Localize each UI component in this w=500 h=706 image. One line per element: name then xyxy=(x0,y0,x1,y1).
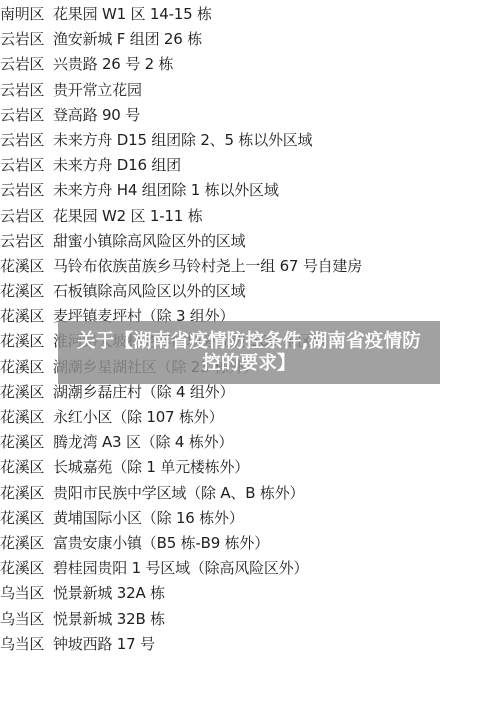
address-label: 黄埔国际小区（除 16 栋外） xyxy=(53,506,244,531)
district-label: 云岩区 xyxy=(0,103,53,128)
district-label: 云岩区 xyxy=(0,27,53,52)
district-label: 云岩区 xyxy=(0,52,53,77)
address-label: 长城嘉苑（除 1 单元楼栋外） xyxy=(53,455,249,480)
district-label: 花溪区 xyxy=(0,556,53,581)
list-item: 花溪区永红小区（除 107 栋外） xyxy=(0,405,500,430)
list-item: 花溪区碧桂园贵阳 1 号区域（除高风险区外） xyxy=(0,556,500,581)
list-item: 花溪区马铃布依族苗族乡马铃村尧上一组 67 号自建房 xyxy=(0,254,500,279)
district-label: 花溪区 xyxy=(0,531,53,556)
district-label: 花溪区 xyxy=(0,279,53,304)
list-item: 花溪区长城嘉苑（除 1 单元楼栋外） xyxy=(0,455,500,480)
address-label: 甜蜜小镇除高风险区外的区域 xyxy=(53,229,245,254)
address-label: 未来方舟 D15 组团除 2、5 栋以外区域 xyxy=(53,128,312,153)
list-item: 云岩区甜蜜小镇除高风险区外的区域 xyxy=(0,229,500,254)
list-item: 云岩区贵开常立花园 xyxy=(0,78,500,103)
list-item: 花溪区富贵安康小镇（B5 栋-B9 栋外） xyxy=(0,531,500,556)
district-label: 花溪区 xyxy=(0,455,53,480)
list-item: 云岩区未来方舟 H4 组团除 1 栋以外区域 xyxy=(0,178,500,203)
address-label: 石板镇除高风险区以外的区域 xyxy=(53,279,245,304)
list-item: 乌当区钟坡西路 17 号 xyxy=(0,632,500,657)
address-label: 腾龙湾 A3 区（除 4 栋外） xyxy=(53,430,233,455)
list-item: 云岩区花果园 W2 区 1-11 栋 xyxy=(0,204,500,229)
list-item: 云岩区兴贵路 26 号 2 栋 xyxy=(0,52,500,77)
district-label: 云岩区 xyxy=(0,153,53,178)
district-label: 花溪区 xyxy=(0,355,53,380)
list-item: 乌当区悦景新城 32A 栋 xyxy=(0,581,500,606)
address-label: 未来方舟 D16 组团 xyxy=(53,153,181,178)
address-label: 贵阳市民族中学区域（除 A、B 栋外） xyxy=(53,481,304,506)
district-label: 花溪区 xyxy=(0,405,53,430)
district-label: 花溪区 xyxy=(0,304,53,329)
list-item: 花溪区贵阳市民族中学区域（除 A、B 栋外） xyxy=(0,481,500,506)
article-title-banner[interactable]: 关于【湖南省疫情防控条件,湖南省疫情防控的要求】 xyxy=(58,321,440,384)
address-label: 渔安新城 F 组团 26 栋 xyxy=(53,27,202,52)
address-label: 悦景新城 32A 栋 xyxy=(53,581,165,606)
district-label: 花溪区 xyxy=(0,506,53,531)
district-label: 花溪区 xyxy=(0,430,53,455)
district-label: 乌当区 xyxy=(0,581,53,606)
district-label: 乌当区 xyxy=(0,607,53,632)
district-label: 乌当区 xyxy=(0,632,53,657)
address-label: 未来方舟 H4 组团除 1 栋以外区域 xyxy=(53,178,279,203)
list-item: 云岩区未来方舟 D15 组团除 2、5 栋以外区域 xyxy=(0,128,500,153)
list-item: 花溪区腾龙湾 A3 区（除 4 栋外） xyxy=(0,430,500,455)
list-item: 花溪区石板镇除高风险区以外的区域 xyxy=(0,279,500,304)
address-label: 花果园 W2 区 1-11 栋 xyxy=(53,204,203,229)
district-label: 南明区 xyxy=(0,2,53,27)
list-item: 云岩区未来方舟 D16 组团 xyxy=(0,153,500,178)
list-item: 花溪区黄埔国际小区（除 16 栋外） xyxy=(0,506,500,531)
address-label: 兴贵路 26 号 2 栋 xyxy=(53,52,173,77)
list-item: 云岩区渔安新城 F 组团 26 栋 xyxy=(0,27,500,52)
district-label: 花溪区 xyxy=(0,329,53,354)
address-label: 马铃布依族苗族乡马铃村尧上一组 67 号自建房 xyxy=(53,254,362,279)
address-label: 贵开常立花园 xyxy=(53,78,142,103)
address-label: 富贵安康小镇（B5 栋-B9 栋外） xyxy=(53,531,269,556)
address-label: 钟坡西路 17 号 xyxy=(53,632,155,657)
district-label: 云岩区 xyxy=(0,204,53,229)
address-label: 永红小区（除 107 栋外） xyxy=(53,405,223,430)
address-label: 登高路 90 号 xyxy=(53,103,140,128)
district-label: 花溪区 xyxy=(0,481,53,506)
address-label: 悦景新城 32B 栋 xyxy=(53,607,165,632)
article-title: 关于【湖南省疫情防控条件,湖南省疫情防控的要求】 xyxy=(69,331,429,375)
list-item: 南明区花果园 W1 区 14-15 栋 xyxy=(0,2,500,27)
district-label: 云岩区 xyxy=(0,178,53,203)
list-item: 云岩区登高路 90 号 xyxy=(0,103,500,128)
list-item: 乌当区悦景新城 32B 栋 xyxy=(0,607,500,632)
address-label: 花果园 W1 区 14-15 栋 xyxy=(53,2,212,27)
district-label: 花溪区 xyxy=(0,380,53,405)
district-label: 云岩区 xyxy=(0,229,53,254)
district-label: 云岩区 xyxy=(0,128,53,153)
address-label: 碧桂园贵阳 1 号区域（除高风险区外） xyxy=(53,556,308,581)
district-label: 花溪区 xyxy=(0,254,53,279)
district-label: 云岩区 xyxy=(0,78,53,103)
